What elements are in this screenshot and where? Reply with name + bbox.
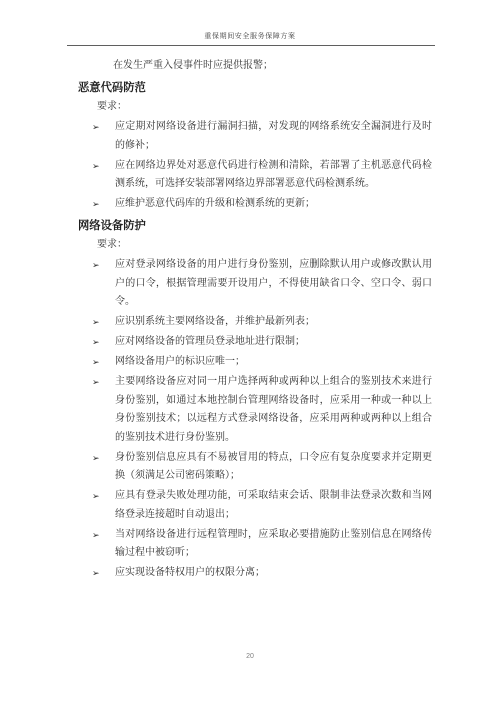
list-item-text: 应对登录网络设备的用户进行身份鉴别，应删除默认用户或修改默认用户的口令，根据管理… xyxy=(115,259,432,307)
header-divider xyxy=(67,45,435,46)
arrow-bullet-icon: ➢ xyxy=(92,158,100,177)
arrow-bullet-icon: ➢ xyxy=(92,334,100,353)
list-item-text: 应实现设备特权用户的权限分离； xyxy=(115,567,265,578)
list-item: ➢ 应识别系统主要网络设备，并维护最新列表； xyxy=(78,313,432,332)
arrow-bullet-icon: ➢ xyxy=(92,488,100,507)
list-item-text: 当对网络设备进行远程管理时，应采取必要措施防止鉴别信息在网络传输过程中被窃听； xyxy=(115,529,432,559)
list-item-text: 主要网络设备应对同一用户选择两种或两种以上组合的鉴别技术来进行身份鉴别，如通过本… xyxy=(115,376,432,443)
list-item-text: 应定期对网络设备进行漏洞扫描，对发现的网络系统安全漏洞进行及时的修补； xyxy=(115,121,432,151)
intro-paragraph: 在发生严重入侵事件时应提供报警； xyxy=(78,57,432,76)
arrow-bullet-icon: ➢ xyxy=(92,450,100,469)
list-item-text: 网络设备用户的标识应唯一； xyxy=(115,356,245,367)
arrow-bullet-icon: ➢ xyxy=(92,314,100,333)
bullet-list: ➢ 应定期对网络设备进行漏洞扫描，对发现的网络系统安全漏洞进行及时的修补； ➢ … xyxy=(78,118,432,214)
list-item: ➢ 应维护恶意代码库的升级和检测系统的更新； xyxy=(78,195,432,214)
list-item: ➢ 应具有登录失败处理功能，可采取结束会话、限制非法登录次数和当网络登录连接超时… xyxy=(78,487,432,524)
list-item: ➢ 主要网络设备应对同一用户选择两种或两种以上组合的鉴别技术来进行身份鉴别，如通… xyxy=(78,373,432,447)
arrow-bullet-icon: ➢ xyxy=(92,374,100,393)
list-item: ➢ 应对网络设备的管理员登录地址进行限制； xyxy=(78,333,432,352)
list-item: ➢ 身份鉴别信息应具有不易被冒用的特点，口令应有复杂度要求并定期更换（须满足公司… xyxy=(78,449,432,486)
list-item: ➢ 当对网络设备进行远程管理时，应采取必要措施防止鉴别信息在网络传输过程中被窃听… xyxy=(78,526,432,563)
list-item-text: 应具有登录失败处理功能，可采取结束会话、限制非法登录次数和当网络登录连接超时自动… xyxy=(115,490,432,520)
list-item: ➢ 应在网络边界处对恶意代码进行检测和清除，若部署了主机恶意代码检测系统，可选择… xyxy=(78,157,432,194)
list-item: ➢ 应对登录网络设备的用户进行身份鉴别，应删除默认用户或修改默认用户的口令，根据… xyxy=(78,256,432,312)
page-footer: 20 xyxy=(0,653,500,660)
list-item-text: 应在网络边界处对恶意代码进行检测和清除，若部署了主机恶意代码检测系统，可选择安装… xyxy=(115,160,432,190)
requirements-label: 要求： xyxy=(78,236,432,255)
list-item-text: 应对网络设备的管理员登录地址进行限制； xyxy=(115,336,305,347)
bullet-list: ➢ 应对登录网络设备的用户进行身份鉴别，应删除默认用户或修改默认用户的口令，根据… xyxy=(78,256,432,583)
requirements-label: 要求： xyxy=(78,98,432,117)
list-item-text: 身份鉴别信息应具有不易被冒用的特点，口令应有复杂度要求并定期更换（须满足公司密码… xyxy=(115,452,432,482)
arrow-bullet-icon: ➢ xyxy=(92,565,100,584)
arrow-bullet-icon: ➢ xyxy=(92,119,100,138)
list-item-text: 应维护恶意代码库的升级和检测系统的更新； xyxy=(115,198,315,209)
list-item-text: 应识别系统主要网络设备，并维护最新列表； xyxy=(115,316,315,327)
list-item: ➢ 网络设备用户的标识应唯一； xyxy=(78,353,432,372)
header-title: 重保期间安全服务保障方案 xyxy=(0,31,500,41)
section-heading-network-device-protection: 网络设备防护 xyxy=(78,217,432,236)
document-page: 重保期间安全服务保障方案 在发生严重入侵事件时应提供报警； 恶意代码防范 要求：… xyxy=(0,0,500,708)
page-number: 20 xyxy=(246,653,254,660)
section-heading-malicious-code: 恶意代码防范 xyxy=(78,79,432,98)
arrow-bullet-icon: ➢ xyxy=(92,354,100,373)
document-body: 在发生严重入侵事件时应提供报警； 恶意代码防范 要求： ➢ 应定期对网络设备进行… xyxy=(78,57,432,584)
arrow-bullet-icon: ➢ xyxy=(92,196,100,215)
arrow-bullet-icon: ➢ xyxy=(92,527,100,546)
list-item: ➢ 应实现设备特权用户的权限分离； xyxy=(78,564,432,583)
arrow-bullet-icon: ➢ xyxy=(92,257,100,276)
list-item: ➢ 应定期对网络设备进行漏洞扫描，对发现的网络系统安全漏洞进行及时的修补； xyxy=(78,118,432,155)
